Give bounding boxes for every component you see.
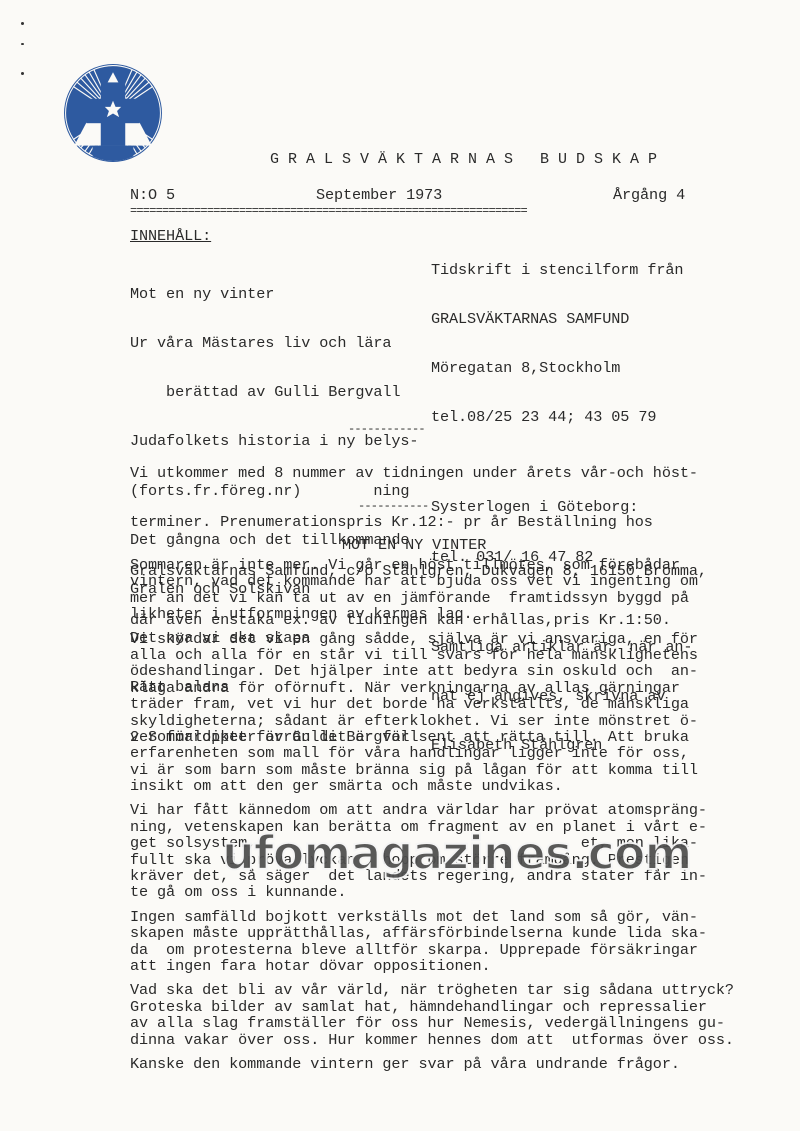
article-line: skyldigheterna; sådant är efterklokhet. … [130, 713, 734, 729]
article-line: mer än det vi kan ta ut av en jämförande… [130, 590, 734, 606]
article-line: alla och alla för en står vi till svars … [130, 647, 734, 663]
article-line: vintern, vad det kommande har att bjuda … [130, 573, 734, 589]
article-line: Kanske den kommande vintern ger svar på … [130, 1056, 734, 1072]
article-paragraph: Ingen samfälld bojkott verkställs mot de… [130, 909, 734, 975]
contents-item: berättad av Gulli Bergvall [130, 384, 418, 400]
grail-emblem-icon [62, 62, 164, 164]
masthead-title: G R A L S V Ä K T A R N A S B U D S K A … [270, 152, 657, 168]
article-line: da om protesterna bleve alltför skarpa. … [130, 942, 734, 958]
article-body: Sommaren är inte mer. Vi går en höst til… [130, 557, 734, 1080]
publisher-line: tel.08/25 23 44; 43 05 79 [431, 409, 692, 425]
notice-line: terminer. Prenumerationspris Kr.12:- pr … [130, 514, 707, 530]
article-line: te gå om oss i kunnande. [130, 884, 734, 900]
punch-mark [21, 22, 24, 25]
article-line: Sommaren är inte mer. Vi går en höst til… [130, 557, 734, 573]
double-rule: ========================================… [130, 205, 527, 217]
article-paragraph: Kanske den kommande vintern ger svar på … [130, 1056, 734, 1072]
article-line: likheter i utformningen av karmas lag. [130, 606, 734, 622]
issue-number: N:O 5 [130, 187, 175, 203]
contents-item: Mot en ny vinter [130, 286, 418, 302]
publisher-line: Möregatan 8,Stockholm [431, 360, 692, 376]
article-line: av alla slag framställer för oss hur Nem… [130, 1015, 734, 1031]
punch-mark [21, 72, 24, 75]
article-line: Ingen samfälld bojkott verkställs mot de… [130, 909, 734, 925]
article-line: Vi skördar det vi en gång sådde, själva … [130, 631, 734, 647]
article-paragraph: Vi skördar det vi en gång sådde, själva … [130, 631, 734, 795]
publisher-line: GRALSVÄKTARNAS SAMFUND [431, 311, 692, 327]
article-line: träder fram, vet vi hur det borde ha ver… [130, 696, 734, 712]
article-line: Vad ska det bli av vår värld, när tröghe… [130, 982, 734, 998]
watermark: ufomagazines.com [222, 826, 691, 880]
article-line: insikt om att den ger smärta och måste u… [130, 778, 734, 794]
document-page: G R A L S V Ä K T A R N A S B U D S K A … [0, 0, 800, 1131]
issue-date: September 1973 [316, 187, 442, 203]
notice-line: Vi utkommer med 8 nummer av tidningen un… [130, 465, 707, 481]
article-title: MOT EN NY VINTER [342, 537, 486, 553]
punch-mark [21, 43, 24, 45]
contents-heading: INNEHÅLL: [130, 228, 211, 244]
article-line: Vi har fått kännedom om att andra världa… [130, 802, 734, 818]
article-paragraph: Vad ska det bli av vår värld, när tröghe… [130, 982, 734, 1048]
contents-item: Ur våra Mästares liv och lära [130, 335, 418, 351]
separator-bottom: ----------- [358, 498, 428, 514]
article-line: vi är som barn som måste bränna sig på l… [130, 762, 734, 778]
article-line: erfarenheten som mall för våra handlinga… [130, 745, 734, 761]
article-line: ödeshandlingar. Det hjälper inte att bed… [130, 663, 734, 679]
article-line: Groteska bilder av samlat hat, hämndehan… [130, 999, 734, 1015]
article-line: att ingen fara hotar dövar oppositionen. [130, 958, 734, 974]
publisher-line: Tidskrift i stencilform från [431, 262, 692, 278]
article-line: dinna vakar över oss. Hur kommer hennes … [130, 1032, 734, 1048]
article-line: skapen måste upprätthållas, affärsförbin… [130, 925, 734, 941]
volume-number: Årgång 4 [613, 187, 685, 203]
article-line: klaga andra för oförnuft. När verkningar… [130, 680, 734, 696]
article-paragraph: Sommaren är inte mer. Vi går en höst til… [130, 557, 734, 623]
article-line: ver förloppet förrän det är för sent att… [130, 729, 734, 745]
